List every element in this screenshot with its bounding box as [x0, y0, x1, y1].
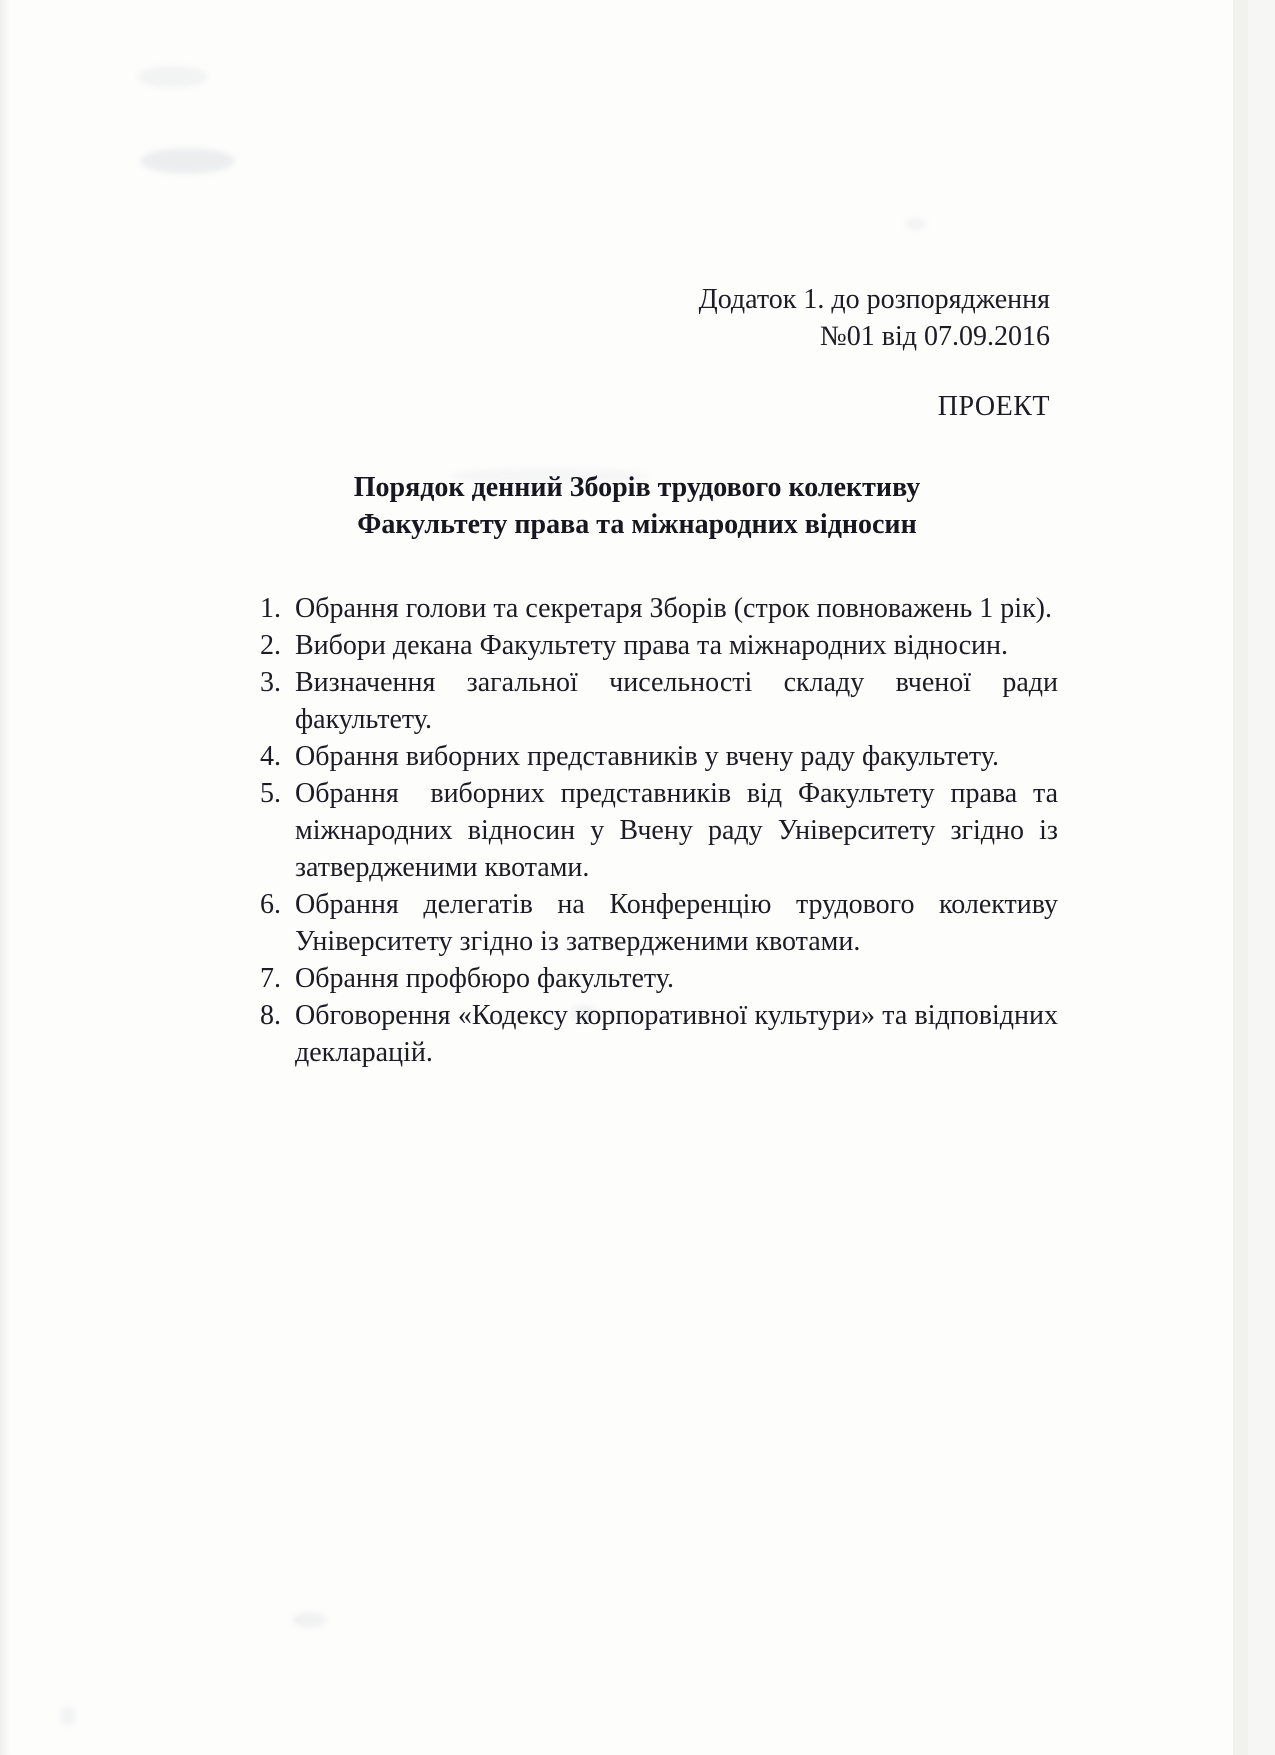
agenda-item-text: Обговорення «Кодексу корпоративної культ… [295, 997, 1058, 1071]
agenda-item-number: 7. [260, 960, 281, 997]
agenda-item-6: 6. Обрання делегатів на Конференцію труд… [258, 886, 1058, 960]
agenda-item-text: Визначення загальної чисельності складу … [295, 664, 1058, 738]
agenda-item-1: 1. Обрання голови та секретаря Зборів (с… [258, 590, 1058, 627]
document-header: Додаток 1. до розпорядження №01 від 07.0… [258, 281, 1058, 355]
agenda-item-text: Обрання делегатів на Конференцію трудово… [295, 886, 1058, 960]
document-content: Додаток 1. до розпорядження №01 від 07.0… [258, 281, 1058, 1071]
scan-smudge [905, 218, 927, 230]
agenda-item-text: Обрання виборних представників у вчену р… [295, 738, 1058, 775]
scan-left-edge [0, 0, 10, 1755]
agenda-item-text: Обрання виборних представників від Факул… [295, 775, 1058, 886]
scan-right-edge-strip [1248, 0, 1275, 1755]
document-title: Порядок денний Зборів трудового колектив… [258, 469, 1058, 543]
title-line-1: Порядок денний Зборів трудового колектив… [258, 469, 1016, 506]
agenda-item-text: Обрання профбюро факультету. [295, 960, 1058, 997]
scan-smudge [60, 1706, 76, 1726]
agenda-item-3: 3. Визначення загальної чисельності скла… [258, 664, 1058, 738]
agenda-item-8: 8. Обговорення «Кодексу корпоративної ку… [258, 997, 1058, 1071]
header-number-date-line: №01 від 07.09.2016 [258, 318, 1050, 355]
agenda-item-5: 5. Обрання виборних представників від Фа… [258, 775, 1058, 886]
title-line-2: Факультету права та міжнародних відносин [258, 506, 1016, 543]
agenda-item-text: Обрання голови та секретаря Зборів (стро… [295, 590, 1058, 627]
agenda-item-text: Вибори декана Факультету права та міжнар… [295, 627, 1058, 664]
project-label: ПРОЕКТ [258, 388, 1058, 425]
agenda-item-number: 6. [260, 886, 281, 923]
agenda-item-7: 7. Обрання профбюро факультету. [258, 960, 1058, 997]
scan-smudge [138, 66, 208, 88]
agenda-item-number: 4. [260, 738, 281, 775]
scan-right-edge-band [1233, 0, 1248, 1755]
agenda-item-number: 3. [260, 664, 281, 701]
agenda-item-4: 4. Обрання виборних представників у вчен… [258, 738, 1058, 775]
agenda-list: 1. Обрання голови та секретаря Зборів (с… [258, 590, 1058, 1071]
header-annex-line: Додаток 1. до розпорядження [258, 281, 1050, 318]
document-page: Додаток 1. до розпорядження №01 від 07.0… [0, 0, 1275, 1755]
scan-smudge [292, 1612, 326, 1628]
agenda-item-number: 8. [260, 997, 281, 1034]
scan-smudge [140, 148, 235, 174]
agenda-item-2: 2. Вибори декана Факультету права та між… [258, 627, 1058, 664]
agenda-item-number: 1. [260, 590, 281, 627]
agenda-item-number: 5. [260, 775, 281, 812]
agenda-item-number: 2. [260, 627, 281, 664]
